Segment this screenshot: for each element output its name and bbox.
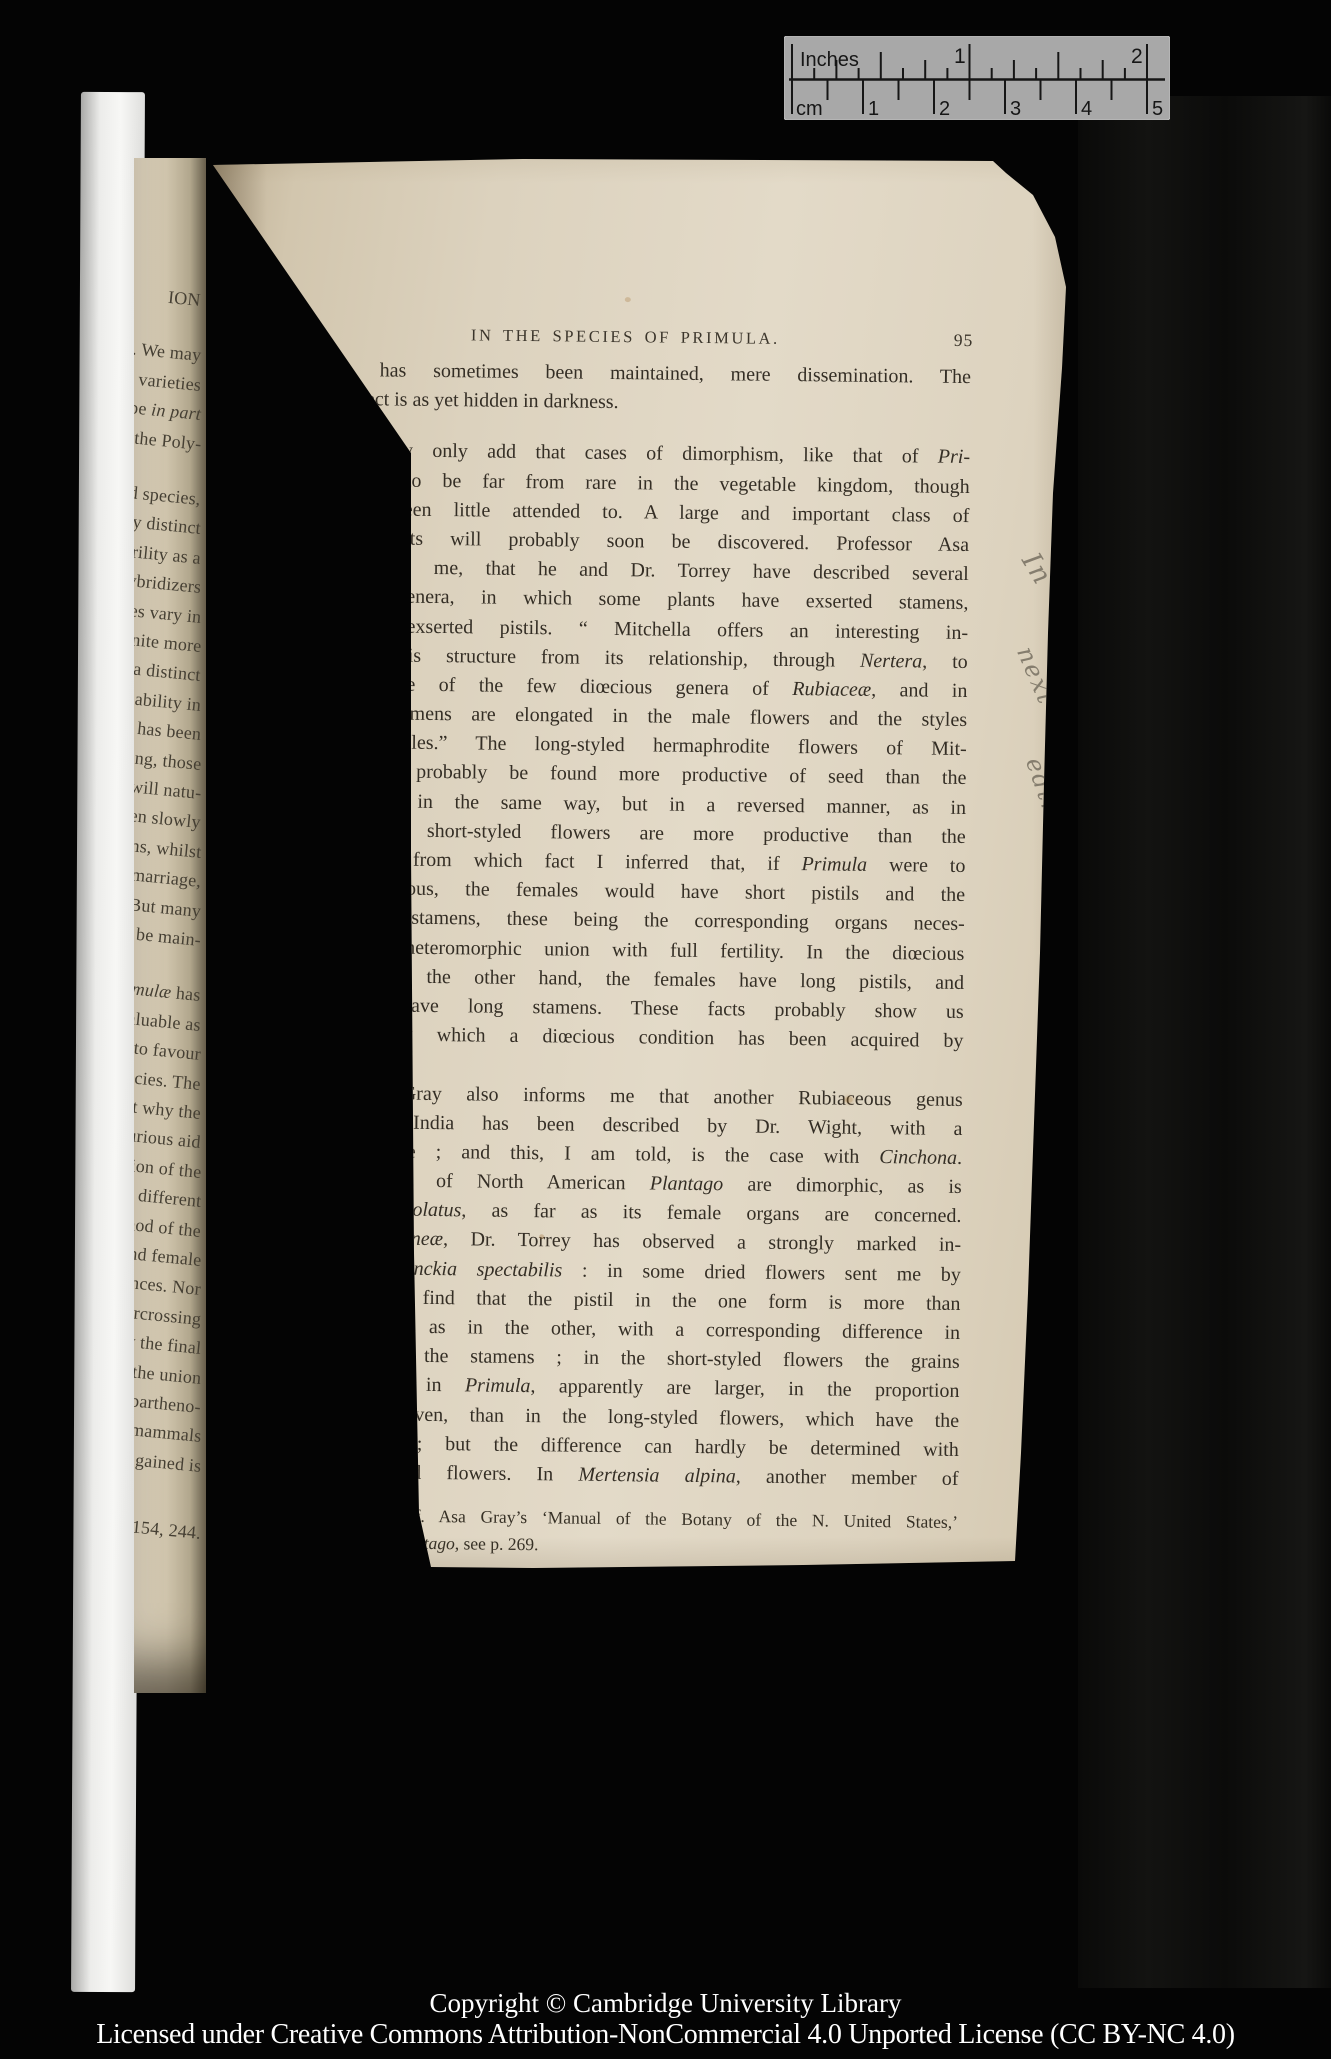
page-fragment: ot why the [134,1096,202,1124]
page-fragment: d be main- [134,922,202,950]
pencil-annotation-word: edtn [1020,754,1067,822]
copyright-line2: Licensed under Creative Commons Attribut… [96,2019,1235,2051]
page-fragment: y. We may [134,338,202,366]
foxing-spot [539,1234,544,1239]
running-header: IN THE SPECIES OF PRIMULA. 95 [279,323,971,351]
page-fragment: But many [134,894,202,922]
ruler-cm-number: 2 [939,98,950,120]
page-fragment: ssing, those [134,745,202,774]
ruler: Inches 1 2 cm 1 2 3 4 5 [784,36,1170,120]
page-fragment: curious aid [134,1125,202,1154]
page-fragment: bted species, [134,480,202,510]
header-title: IN THE SPECIES OF PRIMULA. [471,325,780,348]
pencil-annotation-word: In [1015,548,1058,592]
paragraph: not, as has sometimes been maintained, m… [278,355,971,421]
ruler-inch-number: 1 [954,45,966,68]
page-fragment: orms, whilst [134,833,202,863]
facing-page-strip: IONy. We maythe varietiesbe in partof th… [134,158,206,1693]
ruler-inch-number: 2 [1131,45,1143,68]
paragraph: I will now only add that cases of dimorp… [271,436,970,1086]
book-cover [1078,96,1331,1988]
page-fragment: th a distinct [134,657,202,686]
page-fragment: tercrossing [134,1301,202,1330]
page-fragment: hod of the [134,1213,202,1241]
page-fragment: gained is [134,1449,202,1476]
ruler-cm-number: 4 [1081,98,1092,120]
pencil-margin-mark [239,507,286,769]
text-line: I will now only add that cases of dimorp… [278,436,970,473]
page-fragment: the varieties [134,366,202,396]
main-page: IN THE SPECIES OF PRIMULA. 95 not, as ha… [203,153,1073,1573]
page-fragment: and female [134,1242,202,1271]
copyright-bar: Copyright © Cambridge University Library… [0,1988,1331,2059]
paragraph: Prof. A. Gray also informs me that anoth… [266,1078,963,1494]
page-fragment: h different [134,1184,202,1212]
page-fragment: ION [168,287,202,311]
page-fragment: the union [134,1361,202,1389]
pencil-annotation-word: next [1011,642,1061,709]
page-fragment: been slowly [134,804,202,833]
page-fragment: w the final [134,1331,202,1359]
page-fragment: unite more [134,628,202,657]
page-fragment: Hybridizers [134,569,202,598]
page-fragment: partheno- [134,1390,202,1418]
foxing-spot [845,1097,853,1103]
page-fragment: ision of the [134,1154,202,1183]
page-fragment: f, to favour [134,1036,202,1065]
page-fragment: s will natu- [134,775,202,804]
page-number: 95 [954,330,974,351]
page-fragment: ariability in [134,687,202,716]
ruler-cm-number: 3 [1010,98,1021,120]
ruler-cm-label: cm [796,98,823,120]
body-text: not, as has sometimes been maintained, m… [266,355,971,1494]
ruler-cm-number: 5 [1152,98,1163,120]
page-fragment: y marriage, [134,863,202,892]
page-fragment: p. 154, 244. [134,1515,202,1544]
page-fragment: sterility as a [134,539,202,569]
photo-background: { "colors":{ "background":"#040404", "pa… [0,0,1331,2059]
page-fragment: ecies. The [134,1066,202,1094]
page-fragment: be in part [134,397,202,425]
ruler-inches-label: Inches [800,49,859,71]
page-fragment: nd has been [134,716,202,745]
page-fragment: mammals [134,1420,202,1448]
footnote-line: * See also Prof. Asa Gray’s ‘Manual of t… [266,1501,958,1536]
page-content: IN THE SPECIES OF PRIMULA. 95 not, as ha… [187,152,1073,1582]
copyright-line1: Copyright © Cambridge University Library [430,1988,902,2019]
page-fragment: cies vary in [134,598,202,627]
foxing-spot [625,297,631,302]
page-fragment: rimulæ has [134,978,202,1007]
page-fragment: nces. Nor [134,1273,202,1301]
footnote: * See also Prof. Asa Gray’s ‘Manual of t… [266,1501,959,1563]
page-fragment: of the Poly- [134,425,202,454]
page-fragment: valuable as [134,1007,202,1036]
page-fragment: any distinct [134,510,202,539]
ruler-cm-number: 1 [868,98,879,120]
